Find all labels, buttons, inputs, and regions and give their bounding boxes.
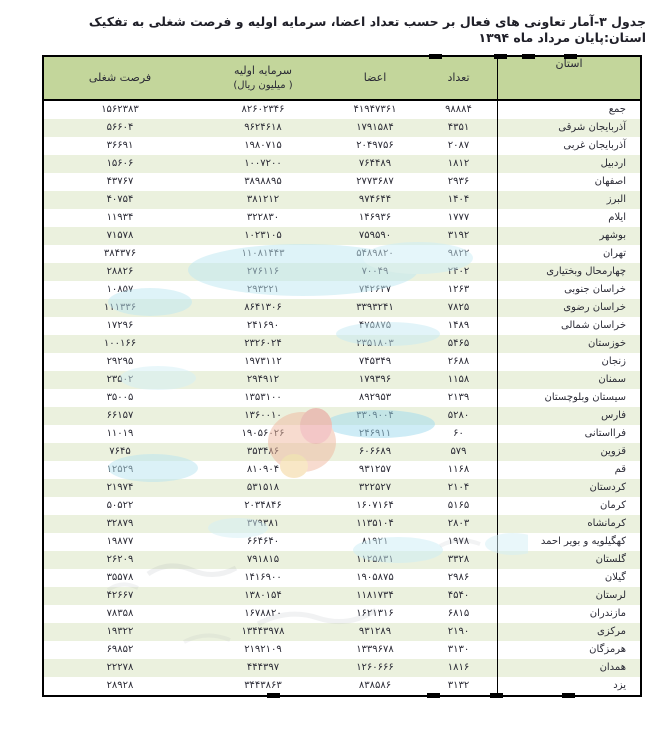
- cell-province: سیستان وبلوچستان: [497, 389, 640, 407]
- header-jobs: فرصت شغلی: [44, 71, 196, 85]
- cell-capital: ۱۹۷۳۱۱۲: [196, 353, 330, 371]
- cell-jobs: ۱۱۹۳۴: [44, 209, 196, 227]
- border-artifact-tick: [267, 693, 280, 698]
- cell-members: ۸۹۲۹۵۳: [330, 389, 420, 407]
- cell-count: ۲۱۰۴: [420, 479, 497, 497]
- cell-members: ۳۳۰۹۰۰۴: [330, 407, 420, 425]
- cell-count: ۲۹۳۶: [420, 173, 497, 191]
- cell-province: خراسان جنوبی: [497, 281, 640, 299]
- table-row: جمع۹۸۸۸۴۴۱۹۴۷۳۶۱۸۲۶۰۲۳۴۶۱۵۶۲۳۸۳: [44, 101, 640, 119]
- border-artifact-tick: [494, 54, 507, 59]
- cell-count: ۱۸۱۲: [420, 155, 497, 173]
- cell-count: ۲۱۳۹: [420, 389, 497, 407]
- table-row: کهگیلویه و بویر احمد۱۹۷۸۸۱۹۲۱۶۶۴۶۴۰۱۹۸۷۷: [44, 533, 640, 551]
- cell-capital: ۱۹۰۵۶۰۲۶: [196, 425, 330, 443]
- cell-province: آذربایجان غربی: [497, 137, 640, 155]
- cell-province: بوشهر: [497, 227, 640, 245]
- table-row: مازندران۶۸۱۵۱۶۲۱۳۱۶۱۶۷۸۸۲۰۷۸۳۵۸: [44, 605, 640, 623]
- cell-count: ۳۱۳۰: [420, 641, 497, 659]
- cell-province: همدان: [497, 659, 640, 677]
- table-row: سیستان وبلوچستان۲۱۳۹۸۹۲۹۵۳۱۳۵۳۱۰۰۳۵۰۰۵: [44, 389, 640, 407]
- cell-count: ۶۸۱۵: [420, 605, 497, 623]
- cell-members: ۴۷۵۸۷۵: [330, 317, 420, 335]
- cell-capital: ۳۸۹۸۸۹۵: [196, 173, 330, 191]
- cell-count: ۲۶۸۸: [420, 353, 497, 371]
- cell-province: آذربایجان شرقی: [497, 119, 640, 137]
- cell-members: ۷۶۴۴۸۹: [330, 155, 420, 173]
- cell-province: کهگیلویه و بویر احمد: [497, 533, 640, 551]
- cell-jobs: ۲۶۲۰۹: [44, 551, 196, 569]
- cell-members: ۶۰۶۶۸۹: [330, 443, 420, 461]
- cell-jobs: ۲۱۹۷۴: [44, 479, 196, 497]
- table-row: کردستان۲۱۰۴۳۲۲۵۲۷۵۳۱۵۱۸۲۱۹۷۴: [44, 479, 640, 497]
- cell-province: گلستان: [497, 551, 640, 569]
- cell-jobs: ۷۶۴۵: [44, 443, 196, 461]
- cell-province: فارس: [497, 407, 640, 425]
- cell-province: قزوین: [497, 443, 640, 461]
- cell-capital: ۱۹۸۰۷۱۵: [196, 137, 330, 155]
- border-artifact-tick: [490, 693, 503, 698]
- cell-jobs: ۱۹۳۲۲: [44, 623, 196, 641]
- table-row: البرز۱۴۰۴۹۷۴۶۴۴۳۸۱۲۱۲۴۰۷۵۴: [44, 191, 640, 209]
- table-row: تهران۹۸۲۲۵۴۸۹۸۲۰۱۱۰۸۱۴۴۳۳۸۴۳۷۶: [44, 245, 640, 263]
- cell-jobs: ۴۳۷۶۷: [44, 173, 196, 191]
- cell-province: قم: [497, 461, 640, 479]
- table-row: اصفهان۲۹۳۶۲۷۷۳۶۸۷۳۸۹۸۸۹۵۴۳۷۶۷: [44, 173, 640, 191]
- table-row: بوشهر۳۱۹۲۷۵۹۵۹۰۱۰۲۳۱۰۵۷۱۵۷۸: [44, 227, 640, 245]
- table-row: مرکزی۲۱۹۰۹۳۱۲۸۹۱۳۴۴۳۹۷۸۱۹۳۲۲: [44, 623, 640, 641]
- cell-province: فرااستانی: [497, 425, 640, 443]
- cell-jobs: ۷۱۵۷۸: [44, 227, 196, 245]
- cell-province: مازندران: [497, 605, 640, 623]
- cell-members: ۷۰۰۴۹: [330, 263, 420, 281]
- cell-jobs: ۵۰۵۲۲: [44, 497, 196, 515]
- cell-members: ۹۳۱۲۵۷: [330, 461, 420, 479]
- header-count: تعداد: [420, 71, 497, 85]
- cell-capital: ۲۹۴۹۱۲: [196, 371, 330, 389]
- table-row: کرمانشاه۲۸۰۳۱۱۳۵۱۰۴۳۷۹۳۸۱۳۲۸۷۹: [44, 515, 640, 533]
- table-row: آذربایجان غربی۲۰۸۷۲۰۴۹۷۵۶۱۹۸۰۷۱۵۳۶۶۹۱: [44, 137, 640, 155]
- header-province: استان: [497, 57, 640, 99]
- border-artifact-tick: [427, 693, 440, 698]
- table-row: قزوین۵۷۹۶۰۶۶۸۹۳۵۳۴۸۶۷۶۴۵: [44, 443, 640, 461]
- cell-capital: ۲۳۲۶۰۲۴: [196, 335, 330, 353]
- cell-jobs: ۲۸۹۲۸: [44, 677, 196, 695]
- header-members: اعضا: [330, 71, 420, 85]
- cell-jobs: ۱۵۶۲۳۸۳: [44, 101, 196, 119]
- cell-jobs: ۱۰۸۵۷: [44, 281, 196, 299]
- cell-jobs: ۱۹۸۷۷: [44, 533, 196, 551]
- table-row: خراسان جنوبی۱۲۶۳۷۴۲۶۳۷۲۹۳۲۲۱۱۰۸۵۷: [44, 281, 640, 299]
- cell-count: ۷۸۲۵: [420, 299, 497, 317]
- cell-count: ۵۷۹: [420, 443, 497, 461]
- cell-province: زنجان: [497, 353, 640, 371]
- cell-members: ۴۱۹۴۷۳۶۱: [330, 101, 420, 119]
- cell-jobs: ۶۹۸۵۲: [44, 641, 196, 659]
- table-row: یزد۳۱۳۲۸۳۸۵۸۶۳۴۴۳۸۶۳۲۸۹۲۸: [44, 677, 640, 695]
- cell-capital: ۱۳۶۰۰۱۰: [196, 407, 330, 425]
- cell-jobs: ۶۶۱۵۷: [44, 407, 196, 425]
- header-capital-unit: ( میلیون ریال): [196, 79, 330, 92]
- cell-jobs: ۲۳۵۰۲: [44, 371, 196, 389]
- cell-count: ۵۱۶۵: [420, 497, 497, 515]
- cell-jobs: ۱۷۲۹۶: [44, 317, 196, 335]
- border-artifact-tick: [522, 54, 535, 59]
- cell-members: ۱۹۰۵۸۷۵: [330, 569, 420, 587]
- cell-members: ۷۴۲۶۳۷: [330, 281, 420, 299]
- cell-count: ۹۸۸۸۴: [420, 101, 497, 119]
- cell-count: ۱۱۵۸: [420, 371, 497, 389]
- cell-jobs: ۳۲۸۷۹: [44, 515, 196, 533]
- cell-jobs: ۴۰۷۵۴: [44, 191, 196, 209]
- cell-jobs: ۱۵۶۰۶: [44, 155, 196, 173]
- cell-capital: ۱۰۰۷۲۰۰: [196, 155, 330, 173]
- cell-members: ۲۰۴۹۷۵۶: [330, 137, 420, 155]
- cell-capital: ۳۲۲۸۳۰: [196, 209, 330, 227]
- cell-province: سمنان: [497, 371, 640, 389]
- cell-capital: ۲۰۳۴۸۴۶: [196, 497, 330, 515]
- cell-jobs: ۳۶۶۹۱: [44, 137, 196, 155]
- cell-province: گیلان: [497, 569, 640, 587]
- cell-capital: ۴۴۴۳۹۷: [196, 659, 330, 677]
- table-row: فارس۵۲۸۰۳۳۰۹۰۰۴۱۳۶۰۰۱۰۶۶۱۵۷: [44, 407, 640, 425]
- cell-province: ایلام: [497, 209, 640, 227]
- cell-count: ۴۳۵۱: [420, 119, 497, 137]
- cell-jobs: ۳۵۵۷۸: [44, 569, 196, 587]
- cell-province: کرمانشاه: [497, 515, 640, 533]
- cell-members: ۱۷۹۱۵۸۴: [330, 119, 420, 137]
- cooperatives-table: استان تعداد اعضا سرمایه اولیه ( میلیون ر…: [42, 55, 642, 697]
- cell-province: چهارمحال وبختیاری: [497, 263, 640, 281]
- cell-province: کرمان: [497, 497, 640, 515]
- cell-jobs: ۲۲۲۷۸: [44, 659, 196, 677]
- cell-members: ۵۴۸۹۸۲۰: [330, 245, 420, 263]
- cell-count: ۱۹۷۸: [420, 533, 497, 551]
- cell-members: ۲۴۶۹۱۱: [330, 425, 420, 443]
- cell-jobs: ۱۱۱۳۳۶: [44, 299, 196, 317]
- document-page: جدول ۳-آمار تعاونی های فعال بر حسب تعداد…: [0, 0, 672, 732]
- cell-members: ۲۷۷۳۶۸۷: [330, 173, 420, 191]
- header-capital: سرمایه اولیه ( میلیون ریال): [196, 64, 330, 91]
- cell-province: البرز: [497, 191, 640, 209]
- cell-province: تهران: [497, 245, 640, 263]
- cell-province: خوزستان: [497, 335, 640, 353]
- cell-count: ۳۳۲۸: [420, 551, 497, 569]
- table-row: خوزستان۵۴۶۵۲۳۵۱۸۰۳۲۳۲۶۰۲۴۱۰۰۱۶۶: [44, 335, 640, 353]
- cell-members: ۸۱۹۲۱: [330, 533, 420, 551]
- cell-capital: ۱۶۷۸۸۲۰: [196, 605, 330, 623]
- cell-capital: ۸۱۰۹۰۴: [196, 461, 330, 479]
- table-row: خراسان رضوی۷۸۲۵۳۳۹۳۲۴۱۸۶۴۱۳۰۶۱۱۱۳۳۶: [44, 299, 640, 317]
- cell-jobs: ۳۸۴۳۷۶: [44, 245, 196, 263]
- cell-capital: ۸۲۶۰۲۳۴۶: [196, 101, 330, 119]
- cell-capital: ۳۵۳۴۸۶: [196, 443, 330, 461]
- cell-count: ۱۲۶۳: [420, 281, 497, 299]
- cell-province: اردبیل: [497, 155, 640, 173]
- table-row: گیلان۲۹۸۶۱۹۰۵۸۷۵۱۴۱۶۹۰۰۳۵۵۷۸: [44, 569, 640, 587]
- table-row: لرستان۴۵۴۰۱۱۸۱۷۳۴۱۳۸۰۱۵۴۴۲۶۶۷: [44, 587, 640, 605]
- cell-jobs: ۷۸۳۵۸: [44, 605, 196, 623]
- cell-members: ۹۷۴۶۴۴: [330, 191, 420, 209]
- table-header-row: استان تعداد اعضا سرمایه اولیه ( میلیون ر…: [44, 57, 640, 101]
- cell-members: ۱۱۲۵۸۳۱: [330, 551, 420, 569]
- cell-members: ۸۳۸۵۸۶: [330, 677, 420, 695]
- table-body: جمع۹۸۸۸۴۴۱۹۴۷۳۶۱۸۲۶۰۲۳۴۶۱۵۶۲۳۸۳آذربایجان…: [44, 101, 640, 695]
- cell-capital: ۷۹۱۸۱۵: [196, 551, 330, 569]
- cell-capital: ۳۷۹۳۸۱: [196, 515, 330, 533]
- table-row: آذربایجان شرقی۴۳۵۱۱۷۹۱۵۸۴۹۶۲۴۶۱۸۵۶۶۰۴: [44, 119, 640, 137]
- cell-province: خراسان رضوی: [497, 299, 640, 317]
- cell-province: خراسان شمالی: [497, 317, 640, 335]
- cell-jobs: ۴۲۶۶۷: [44, 587, 196, 605]
- cell-members: ۷۵۹۵۹۰: [330, 227, 420, 245]
- table-row: کرمان۵۱۶۵۱۶۰۷۱۶۴۲۰۳۴۸۴۶۵۰۵۲۲: [44, 497, 640, 515]
- cell-members: ۷۴۵۳۴۹: [330, 353, 420, 371]
- table-row: گلستان۳۳۲۸۱۱۲۵۸۳۱۷۹۱۸۱۵۲۶۲۰۹: [44, 551, 640, 569]
- cell-count: ۲۸۰۳: [420, 515, 497, 533]
- cell-capital: ۱۳۸۰۱۵۴: [196, 587, 330, 605]
- cell-count: ۲۱۹۰: [420, 623, 497, 641]
- cell-count: ۱۸۱۶: [420, 659, 497, 677]
- cell-capital: ۱۳۵۳۱۰۰: [196, 389, 330, 407]
- cell-capital: ۳۴۴۳۸۶۳: [196, 677, 330, 695]
- cell-province: لرستان: [497, 587, 640, 605]
- cell-jobs: ۱۱۰۱۹: [44, 425, 196, 443]
- cell-members: ۱۶۰۷۱۶۴: [330, 497, 420, 515]
- cell-capital: ۱۳۴۴۳۹۷۸: [196, 623, 330, 641]
- cell-jobs: ۳۵۰۰۵: [44, 389, 196, 407]
- cell-capital: ۲۹۳۲۲۱: [196, 281, 330, 299]
- cell-count: ۹۸۲۲: [420, 245, 497, 263]
- cell-capital: ۱۴۱۶۹۰۰: [196, 569, 330, 587]
- table-row: فرااستانی۶۰۲۴۶۹۱۱۱۹۰۵۶۰۲۶۱۱۰۱۹: [44, 425, 640, 443]
- cell-count: ۱۴۸۹: [420, 317, 497, 335]
- table-row: زنجان۲۶۸۸۷۴۵۳۴۹۱۹۷۳۱۱۲۲۹۲۹۵: [44, 353, 640, 371]
- table-row: خراسان شمالی۱۴۸۹۴۷۵۸۷۵۲۴۱۶۹۰۱۷۲۹۶: [44, 317, 640, 335]
- table-row: چهارمحال وبختیاری۲۴۰۲۷۰۰۴۹۲۷۶۱۱۶۲۸۸۲۶: [44, 263, 640, 281]
- cell-capital: ۲۴۱۶۹۰: [196, 317, 330, 335]
- border-artifact-tick: [564, 54, 577, 59]
- cell-members: ۳۲۲۵۲۷: [330, 479, 420, 497]
- cell-members: ۱۶۲۱۳۱۶: [330, 605, 420, 623]
- cell-members: ۱۱۸۱۷۳۴: [330, 587, 420, 605]
- cell-members: ۱۳۳۹۶۷۸: [330, 641, 420, 659]
- cell-jobs: ۵۶۶۰۴: [44, 119, 196, 137]
- cell-members: ۱۴۶۹۳۶: [330, 209, 420, 227]
- cell-members: ۱۲۶۰۶۶۶: [330, 659, 420, 677]
- cell-province: جمع: [497, 101, 640, 119]
- cell-jobs: ۱۲۵۲۹: [44, 461, 196, 479]
- cell-province: کردستان: [497, 479, 640, 497]
- cell-capital: ۱۱۰۸۱۴۴۳: [196, 245, 330, 263]
- cell-jobs: ۲۹۲۹۵: [44, 353, 196, 371]
- cell-jobs: ۲۸۸۲۶: [44, 263, 196, 281]
- cell-capital: ۹۶۲۴۶۱۸: [196, 119, 330, 137]
- cell-members: ۲۳۵۱۸۰۳: [330, 335, 420, 353]
- table-row: قم۱۱۶۸۹۳۱۲۵۷۸۱۰۹۰۴۱۲۵۲۹: [44, 461, 640, 479]
- cell-capital: ۳۸۱۲۱۲: [196, 191, 330, 209]
- border-artifact-tick: [562, 693, 575, 698]
- table-row: سمنان۱۱۵۸۱۷۹۳۹۶۲۹۴۹۱۲۲۳۵۰۲: [44, 371, 640, 389]
- cell-members: ۹۳۱۲۸۹: [330, 623, 420, 641]
- border-artifact-tick: [429, 54, 442, 59]
- cell-capital: ۲۷۶۱۱۶: [196, 263, 330, 281]
- cell-province: مرکزی: [497, 623, 640, 641]
- cell-capital: ۶۶۴۶۴۰: [196, 533, 330, 551]
- cell-count: ۱۷۷۷: [420, 209, 497, 227]
- page-title: جدول ۳-آمار تعاونی های فعال بر حسب تعداد…: [18, 14, 646, 47]
- cell-count: ۲۰۸۷: [420, 137, 497, 155]
- cell-count: ۵۴۶۵: [420, 335, 497, 353]
- cell-capital: ۸۶۴۱۳۰۶: [196, 299, 330, 317]
- cell-count: ۵۲۸۰: [420, 407, 497, 425]
- header-capital-line1: سرمایه اولیه: [234, 64, 292, 77]
- cell-members: ۱۱۳۵۱۰۴: [330, 515, 420, 533]
- cell-jobs: ۱۰۰۱۶۶: [44, 335, 196, 353]
- cell-count: ۳۱۹۲: [420, 227, 497, 245]
- cell-members: ۳۳۹۳۲۴۱: [330, 299, 420, 317]
- cell-capital: ۱۰۲۳۱۰۵: [196, 227, 330, 245]
- cell-province: اصفهان: [497, 173, 640, 191]
- cell-count: ۶۰: [420, 425, 497, 443]
- cell-capital: ۵۳۱۵۱۸: [196, 479, 330, 497]
- cell-capital: ۲۱۹۲۱۰۹: [196, 641, 330, 659]
- cell-count: ۱۱۶۸: [420, 461, 497, 479]
- cell-count: ۲۴۰۲: [420, 263, 497, 281]
- table-row: هرمزگان۳۱۳۰۱۳۳۹۶۷۸۲۱۹۲۱۰۹۶۹۸۵۲: [44, 641, 640, 659]
- table-row: همدان۱۸۱۶۱۲۶۰۶۶۶۴۴۴۳۹۷۲۲۲۷۸: [44, 659, 640, 677]
- cell-count: ۲۹۸۶: [420, 569, 497, 587]
- table-row: ایلام۱۷۷۷۱۴۶۹۳۶۳۲۲۸۳۰۱۱۹۳۴: [44, 209, 640, 227]
- cell-count: ۱۴۰۴: [420, 191, 497, 209]
- cell-count: ۴۵۴۰: [420, 587, 497, 605]
- table-row: اردبیل۱۸۱۲۷۶۴۴۸۹۱۰۰۷۲۰۰۱۵۶۰۶: [44, 155, 640, 173]
- cell-members: ۱۷۹۳۹۶: [330, 371, 420, 389]
- cell-province: هرمزگان: [497, 641, 640, 659]
